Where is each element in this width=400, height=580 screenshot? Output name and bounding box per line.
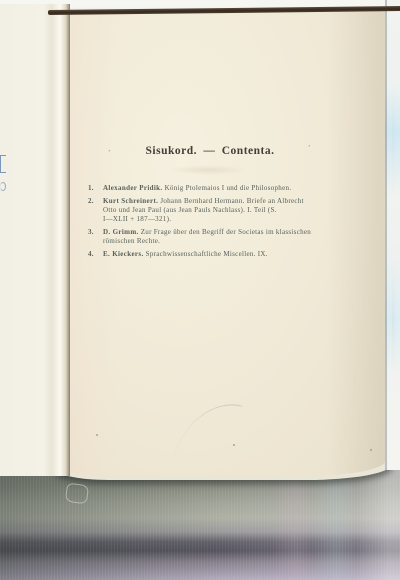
flyleaf-edge [0,4,70,476]
book-photo: ’ ’ Sisukord. — Contenta. 1. Alexander P… [0,0,400,580]
edge-mark-bracket [0,155,6,173]
entry-number: 3. [88,228,94,236]
entry-number: 4. [88,250,94,258]
toc-entry: 4. E. Kieckers. Sprachwissenschaftliche … [88,250,338,259]
entry-text: König Ptolemaios I und die Philosophen. [165,184,292,192]
table-of-contents: 1. Alexander Pridik. König Ptolemaios I … [88,184,338,262]
toc-entry: 2. Kurt Schreinert. Johann Bernhard Herm… [88,197,338,225]
entry-text: Johann Bernhard Hermann. Briefe an Albre… [160,197,304,205]
entry-author: Kurt Schreinert. [103,197,158,205]
dust-speck [370,449,372,451]
edge-mark-dot [0,182,6,191]
entry-line: I—XLII + 187—321). [103,215,338,224]
entry-line: Otto und Jean Paul (aus Jean Pauls Nachl… [103,206,338,215]
table-surface [0,468,400,580]
dust-speck [233,444,235,446]
entry-text: Zur Frage über den Begriff der Societas … [141,228,311,236]
hexagon-mark [65,483,89,505]
entry-number: 1. [88,184,94,192]
entry-line: römischen Rechte. [103,237,338,246]
entry-line: E. Kieckers. Sprachwissenschaftliche Mis… [103,250,338,259]
entry-number: 2. [88,197,94,205]
entry-author: D. Grimm. [103,228,139,236]
entry-author: E. Kieckers. [103,250,144,258]
contents-title: Sisukord. — Contenta. [60,145,360,157]
entry-text: Sprachwissenschaftliche Miscellen. IX. [146,250,268,258]
entry-line: Alexander Pridik. König Ptolemaios I und… [103,184,338,193]
dust-speck [96,434,98,436]
entry-line: D. Grimm. Zur Frage über den Begriff der… [103,228,338,237]
page-right-edge [385,0,400,470]
toc-entry: 3. D. Grimm. Zur Frage über den Begriff … [88,228,338,246]
toc-entry: 1. Alexander Pridik. König Ptolemaios I … [88,184,338,193]
entry-line: Kurt Schreinert. Johann Bernhard Hermann… [103,197,338,206]
entry-author: Alexander Pridik. [103,184,163,192]
